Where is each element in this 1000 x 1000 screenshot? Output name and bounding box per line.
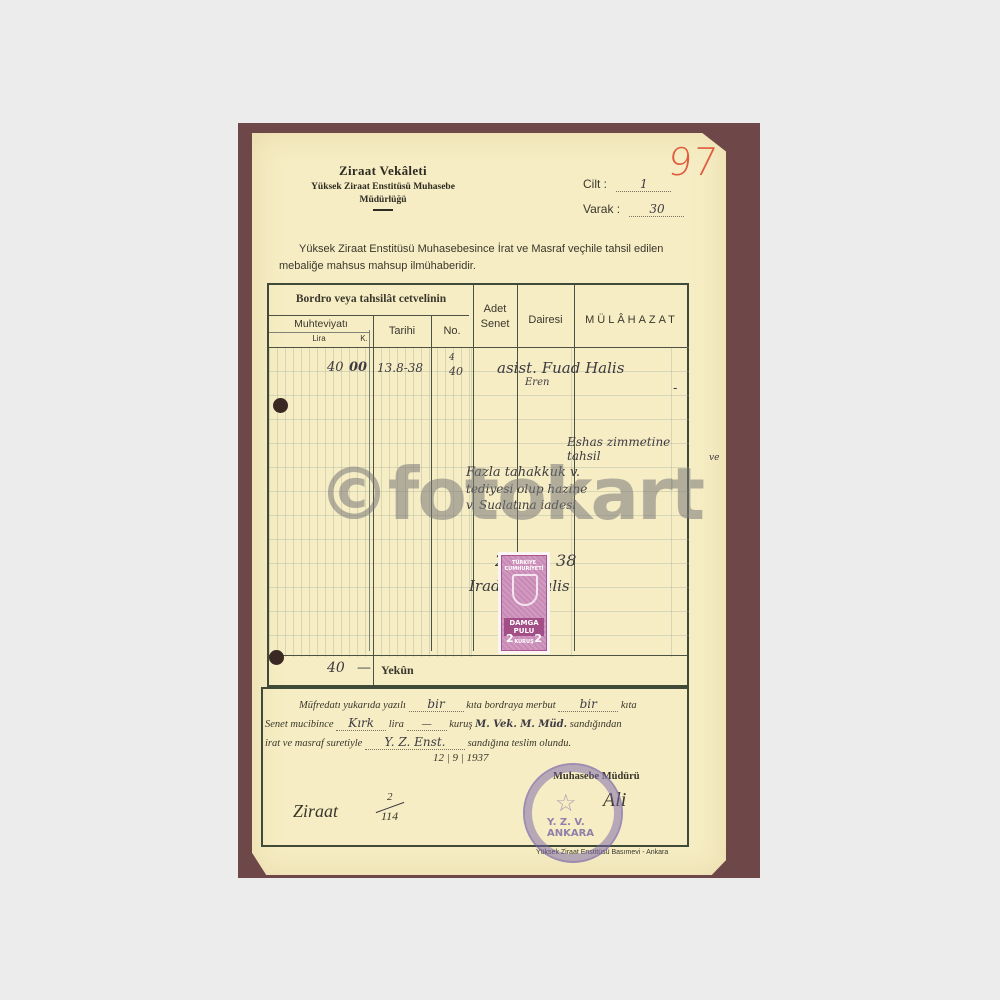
note-right-2: ve: [709, 453, 719, 463]
col-no: No.: [431, 325, 473, 337]
stamp-value-left: 2: [506, 632, 514, 645]
row-divider: [269, 315, 469, 316]
org-department: Müdürlüğü: [298, 195, 468, 205]
stamp-value-right: 2: [534, 632, 542, 645]
varak-field: Varak : 30: [583, 202, 684, 217]
col-senet: Senet: [473, 318, 517, 330]
col-lira: Lira: [269, 334, 369, 343]
ref-num-bottom: 114: [381, 809, 398, 824]
row-divider: [269, 332, 369, 333]
receipt-footer: Müfredatı yukarıda yazılı bir kıta bordr…: [261, 687, 689, 847]
crescent-shield-icon: [512, 574, 538, 606]
red-page-number: 97: [666, 140, 721, 184]
row-divider: [269, 347, 687, 348]
row-divider: [269, 655, 687, 656]
row1-dairesi-2: Eren: [525, 377, 549, 388]
footer-text: sandığına teslim olundu.: [468, 738, 572, 749]
intro-text: Yüksek Ziraat Enstitüsü Muhasebesince İr…: [279, 241, 699, 275]
fill-qty-senet: bir: [558, 697, 618, 712]
fill-source-fund: M. Vek. M. Müd.: [475, 719, 567, 730]
footer-text: kıta: [621, 700, 637, 711]
ref-label: Ziraat: [293, 801, 338, 822]
stamp-unit: KURUŞ: [514, 639, 533, 645]
header-divider: [373, 209, 393, 211]
punch-hole: [269, 650, 284, 665]
fill-kurus: —: [407, 718, 447, 731]
org-header: Ziraat Vekâleti Yüksek Ziraat Enstitüsü …: [298, 163, 468, 211]
row1-dairesi: asist. Fuad Halis: [497, 359, 624, 377]
footer-text: Senet mucibince: [265, 719, 334, 730]
official-seal: ☆ Y. Z. V. ANKARA: [523, 763, 623, 863]
footer-text: Müfredatı yukarıda yazılı: [299, 700, 406, 711]
intro-sentence: Yüksek Ziraat Enstitüsü Muhasebesince İr…: [279, 243, 663, 272]
star-icon: ☆: [555, 789, 577, 818]
footer-text: sandığından: [570, 719, 622, 730]
col-muhteviyati: Muhteviyatı: [269, 318, 373, 330]
ref-num-top: 2: [387, 791, 393, 803]
cilt-field: Cilt : 1: [583, 177, 671, 192]
org-subtitle: Yüksek Ziraat Enstitüsü Muhasebe: [298, 182, 468, 192]
varak-label: Varak: [583, 202, 613, 216]
footer-line2: Senet mucibince Kırk lira — kuruş M. Vek…: [265, 716, 622, 731]
fill-amount-words: Kırk: [336, 716, 386, 731]
col-tarihi: Tarihi: [373, 325, 431, 337]
varak-value: 30: [629, 202, 684, 217]
row1-lira: 40: [327, 360, 344, 375]
cilt-value: 1: [616, 177, 671, 192]
punch-hole: [273, 398, 288, 413]
total-label: Yekûn: [381, 663, 414, 678]
footer-line1: Müfredatı yukarıda yazılı bir kıta bordr…: [299, 697, 637, 712]
fill-qty-bordro: bir: [409, 697, 464, 712]
stamp-country: TÜRKİYE CUMHURİYETİ: [502, 560, 546, 572]
total-lira: 40: [327, 660, 345, 676]
row1-tarihi: 13.8-38: [377, 361, 423, 375]
col-k: K.: [355, 334, 373, 343]
fill-target-fund: Y. Z. Enst.: [365, 735, 465, 750]
footer-text: lira: [389, 719, 404, 730]
footer-line3: irat ve masraf suretiyle Y. Z. Enst. san…: [265, 735, 571, 750]
col-dairesi: Dairesi: [517, 314, 574, 326]
org-title: Ziraat Vekâleti: [298, 163, 468, 179]
seal-text: Y. Z. V. ANKARA: [547, 817, 621, 839]
total-kurus: —: [357, 660, 371, 676]
watermark: ©fotokart: [318, 452, 703, 536]
group-header: Bordro veya tahsilât cetvelinin: [269, 293, 473, 305]
col-adet: Adet: [473, 303, 517, 315]
col-mulahazat: MÜLÂHAZAT: [574, 314, 689, 326]
footer-date: 12 | 9 | 1937: [433, 752, 489, 764]
footer-text: kıta bordraya merbut: [466, 700, 555, 711]
row1-no-top: 4: [449, 353, 455, 363]
row1-mulahazat: -: [673, 381, 677, 396]
row1-kurus: 00: [349, 360, 367, 375]
footer-text: irat ve masraf suretiyle: [265, 738, 362, 749]
row1-no-bottom: 40: [449, 365, 463, 378]
revenue-stamp: TÜRKİYE CUMHURİYETİ DAMGA PULU 2 KURUŞ 2: [498, 552, 550, 654]
footer-text: kuruş: [449, 719, 472, 730]
cilt-label: Cilt: [583, 177, 600, 191]
stamp-value: 2 KURUŞ 2: [502, 632, 546, 645]
